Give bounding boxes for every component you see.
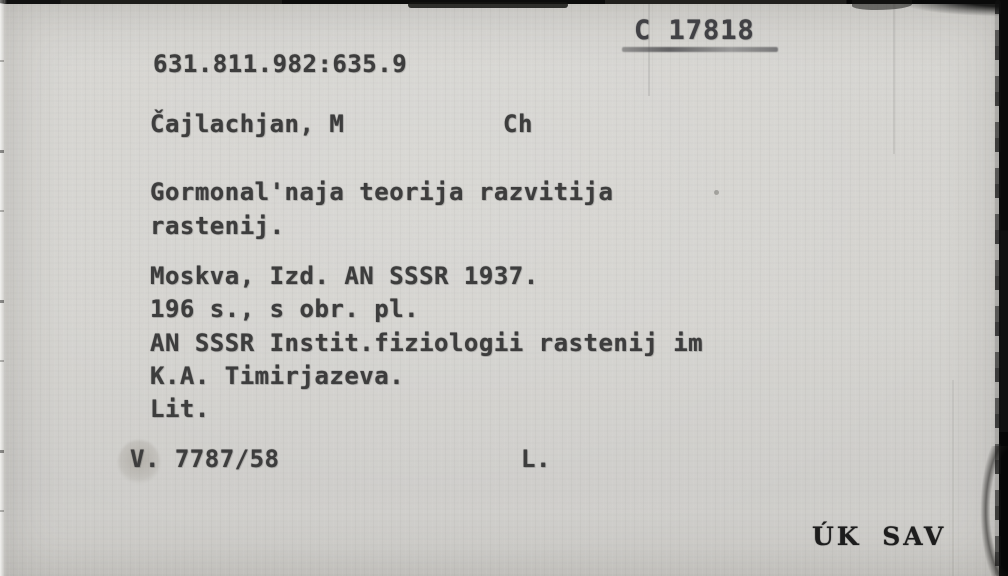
cutter-mark: Ch (503, 112, 533, 136)
paper-crease (893, 4, 895, 154)
ink-dot (714, 190, 719, 195)
title-line-2: rastenij. (150, 214, 285, 238)
corporate-body-line-2: K.A. Timirjazeva. (150, 364, 404, 388)
page-curl-shadow (966, 446, 1008, 576)
scanned-catalog-card: C 17818 631.811.982:635.9 Čajlachjan, M … (0, 0, 1008, 576)
author-heading: Čajlachjan, M (150, 112, 344, 136)
letter-mark: L. (521, 447, 551, 471)
imprint: Moskva, Izd. AN SSSR 1937. (150, 264, 539, 288)
udc-classification: 631.811.982:635.9 (153, 52, 407, 76)
corporate-body-line-1: AN SSSR Instit.fiziologii rastenij im (150, 331, 703, 355)
bibliography-note: Lit. (150, 397, 210, 421)
title-line-1: Gormonal'naja teorija razvitija (150, 180, 613, 204)
accession-number: C 17818 (634, 17, 755, 44)
accession-underline (622, 47, 778, 52)
scan-edge-left-specks (0, 0, 4, 576)
paper-crease (952, 380, 954, 576)
scan-edge-top-blob (408, 2, 568, 8)
library-stamp: ÚK SAV (812, 524, 946, 549)
collation: 196 s., s obr. pl. (150, 297, 419, 321)
call-number: V. 7787/58 (130, 447, 280, 471)
